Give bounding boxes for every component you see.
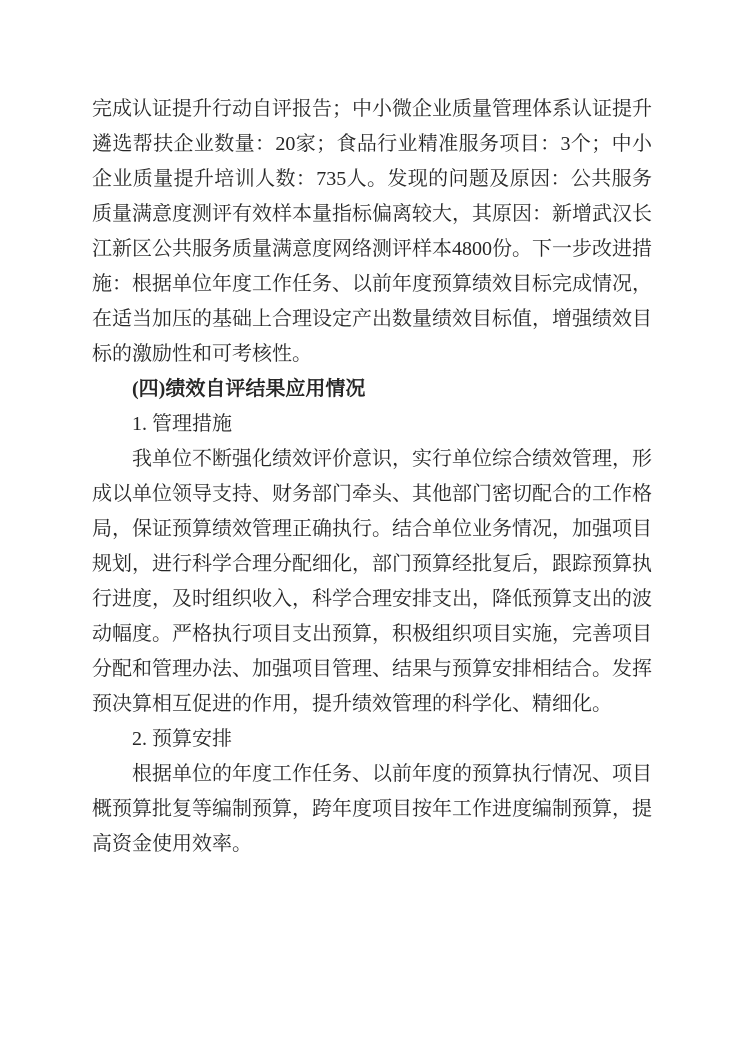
- document-body: 完成认证提升行动自评报告；中小微企业质量管理体系认证提升遴选帮扶企业数量：20家…: [92, 92, 652, 862]
- text-line: 根据单位的年度工作任务、以前年度的预算执行情况、项目: [92, 757, 652, 792]
- text-line: 遴选帮扶企业数量：20家；食品行业精准服务项目：3个；中小: [92, 127, 652, 162]
- text-line: 施：根据单位年度工作任务、以前年度预算绩效目标完成情况，: [92, 267, 652, 302]
- text-line: 2. 预算安排: [92, 722, 652, 757]
- heading-line: (四)绩效自评结果应用情况: [92, 372, 652, 407]
- text-line: 局，保证预算绩效管理正确执行。结合单位业务情况，加强项目: [92, 512, 652, 547]
- text-line: 1. 管理措施: [92, 407, 652, 442]
- text-line: 概预算批复等编制预算，跨年度项目按年工作进度编制预算，提: [92, 792, 652, 827]
- text-line: 成以单位领导支持、财务部门牵头、其他部门密切配合的工作格: [92, 477, 652, 512]
- text-line: 我单位不断强化绩效评价意识，实行单位综合绩效管理，形: [92, 442, 652, 477]
- text-line: 在适当加压的基础上合理设定产出数量绩效目标值，增强绩效目: [92, 302, 652, 337]
- text-line: 质量满意度测评有效样本量指标偏离较大，其原因：新增武汉长: [92, 197, 652, 232]
- text-line: 标的激励性和可考核性。: [92, 337, 652, 372]
- text-line: 江新区公共服务质量满意度网络测评样本4800份。下一步改进措: [92, 232, 652, 267]
- document-page: 完成认证提升行动自评报告；中小微企业质量管理体系认证提升遴选帮扶企业数量：20家…: [0, 0, 744, 1052]
- text-line: 预决算相互促进的作用，提升绩效管理的科学化、精细化。: [92, 687, 652, 722]
- text-line: 完成认证提升行动自评报告；中小微企业质量管理体系认证提升: [92, 92, 652, 127]
- text-line: 企业质量提升培训人数：735人。发现的问题及原因：公共服务: [92, 162, 652, 197]
- text-line: 高资金使用效率。: [92, 827, 652, 862]
- text-line: 动幅度。严格执行项目支出预算，积极组织项目实施，完善项目: [92, 617, 652, 652]
- text-line: 规划，进行科学合理分配细化，部门预算经批复后，跟踪预算执: [92, 547, 652, 582]
- text-line: 行进度，及时组织收入，科学合理安排支出，降低预算支出的波: [92, 582, 652, 617]
- text-line: 分配和管理办法、加强项目管理、结果与预算安排相结合。发挥: [92, 652, 652, 687]
